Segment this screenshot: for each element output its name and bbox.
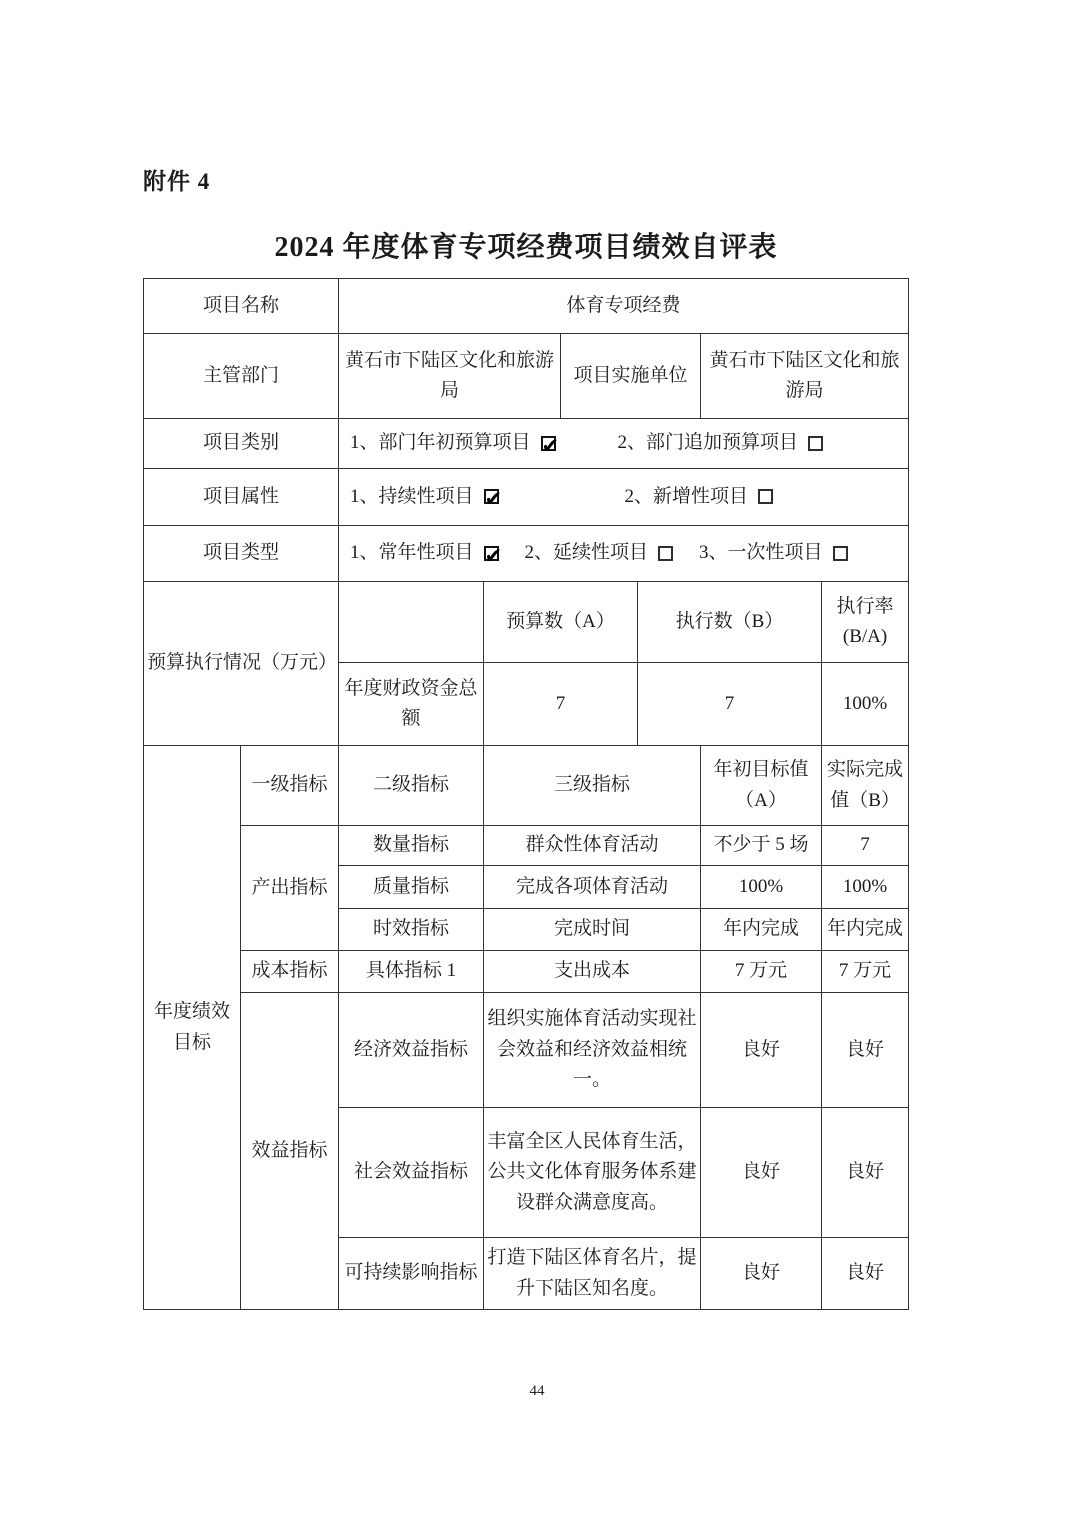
table-row: 主管部门 黄石市下陆区文化和旅游局 项目实施单位 黄石市下陆区文化和旅游局 bbox=[144, 334, 909, 419]
annual-fiscal-funds-label: 年度财政资金总额 bbox=[339, 663, 484, 746]
quality-target-value: 100% bbox=[701, 866, 822, 909]
sustainable-impact-label: 可持续影响指标 bbox=[339, 1238, 484, 1310]
economic-benefit-description: 组织实施体育活动实现社会效益和经济效益相统一。 bbox=[484, 993, 701, 1108]
timeliness-indicator-l3: 完成时间 bbox=[484, 909, 701, 951]
economic-benefit-label: 经济效益指标 bbox=[339, 993, 484, 1108]
level1-indicator-header: 一级指标 bbox=[241, 746, 339, 826]
execution-amount-value: 7 bbox=[638, 663, 822, 746]
timeliness-indicator-label: 时效指标 bbox=[339, 909, 484, 951]
execution-rate-header: 执行率 (B/A) bbox=[822, 582, 909, 663]
cost-indicator-l3: 支出成本 bbox=[484, 951, 701, 993]
sustainable-actual-value: 良好 bbox=[822, 1238, 909, 1310]
social-target-value: 良好 bbox=[701, 1108, 822, 1238]
level3-indicator-header: 三级指标 bbox=[484, 746, 701, 826]
option-label: 1、部门年初预算项目 bbox=[350, 428, 531, 458]
social-benefit-description: 丰富全区人民体育生活，公共文化体育服务体系建设群众满意度高。 bbox=[484, 1108, 701, 1238]
output-indicator-label: 产出指标 bbox=[241, 826, 339, 951]
option-extension-project: 2、延续性项目 bbox=[525, 538, 674, 568]
table-row: 预算执行情况（万元） 预算数（A） 执行数（B） 执行率 (B/A) bbox=[144, 582, 909, 663]
table-row: 项目属性 1、持续性项目 2、新增性项目 bbox=[144, 469, 909, 526]
checkbox-checked-icon bbox=[484, 489, 499, 504]
project-name-value: 体育专项经费 bbox=[339, 279, 909, 334]
table-row: 年度绩效目标 一级指标 二级指标 三级指标 年初目标值（A） 实际完成值（B） bbox=[144, 746, 909, 826]
sustainable-target-value: 良好 bbox=[701, 1238, 822, 1310]
quality-actual-value: 100% bbox=[822, 866, 909, 909]
attachment-label: 附件 4 bbox=[143, 163, 909, 201]
option-label: 3、一次性项目 bbox=[699, 538, 823, 568]
timeliness-actual-value: 年内完成 bbox=[822, 909, 909, 951]
department-value: 黄石市下陆区文化和旅游局 bbox=[339, 334, 561, 419]
document-page: 附件 4 2024 年度体育专项经费项目绩效自评表 项目名称 体育专项经费 主管… bbox=[0, 0, 1074, 1520]
option-initial-budget-project: 1、部门年初预算项目 bbox=[350, 428, 556, 458]
checkbox-unchecked-icon bbox=[808, 436, 823, 451]
project-attribute-options: 1、持续性项目 2、新增性项目 bbox=[339, 469, 909, 526]
self-evaluation-table: 项目名称 体育专项经费 主管部门 黄石市下陆区文化和旅游局 项目实施单位 黄石市… bbox=[143, 278, 909, 1310]
option-label: 2、延续性项目 bbox=[525, 538, 649, 568]
execution-amount-header: 执行数（B） bbox=[638, 582, 822, 663]
implementing-unit-value: 黄石市下陆区文化和旅游局 bbox=[701, 334, 909, 419]
quantity-indicator-label: 数量指标 bbox=[339, 826, 484, 866]
project-type-options: 1、常年性项目 2、延续性项目 3、一次性项目 bbox=[339, 526, 909, 582]
option-additional-budget-project: 2、部门追加预算项目 bbox=[618, 428, 824, 458]
annual-performance-goal-label: 年度绩效目标 bbox=[144, 746, 241, 1310]
project-category-label: 项目类别 bbox=[144, 419, 339, 469]
budget-execution-label: 预算执行情况（万元） bbox=[144, 582, 339, 746]
economic-actual-value: 良好 bbox=[822, 993, 909, 1108]
checkbox-unchecked-icon bbox=[758, 489, 773, 504]
quality-indicator-label: 质量指标 bbox=[339, 866, 484, 909]
project-type-label: 项目类型 bbox=[144, 526, 339, 582]
implementing-unit-label: 项目实施单位 bbox=[561, 334, 701, 419]
option-label: 1、持续性项目 bbox=[350, 482, 474, 512]
budget-empty-cell bbox=[339, 582, 484, 663]
execution-rate-value: 100% bbox=[822, 663, 909, 746]
option-label: 2、新增性项目 bbox=[625, 482, 749, 512]
actual-completion-header: 实际完成值（B） bbox=[822, 746, 909, 826]
option-one-time-project: 3、一次性项目 bbox=[699, 538, 848, 568]
cost-target-value: 7 万元 bbox=[701, 951, 822, 993]
budget-amount-value: 7 bbox=[484, 663, 638, 746]
cost-indicator-label: 成本指标 bbox=[241, 951, 339, 993]
quantity-actual-value: 7 bbox=[822, 826, 909, 866]
option-perennial-project: 1、常年性项目 bbox=[350, 538, 499, 568]
initial-target-header: 年初目标值（A） bbox=[701, 746, 822, 826]
benefit-indicator-label: 效益指标 bbox=[241, 993, 339, 1310]
level2-indicator-header: 二级指标 bbox=[339, 746, 484, 826]
social-benefit-label: 社会效益指标 bbox=[339, 1108, 484, 1238]
quantity-indicator-l3: 群众性体育活动 bbox=[484, 826, 701, 866]
project-attribute-label: 项目属性 bbox=[144, 469, 339, 526]
checkbox-checked-icon bbox=[484, 546, 499, 561]
option-label: 1、常年性项目 bbox=[350, 538, 474, 568]
option-label: 2、部门追加预算项目 bbox=[618, 428, 799, 458]
specific-indicator-label: 具体指标 1 bbox=[339, 951, 484, 993]
page-number: 44 bbox=[0, 1383, 1074, 1400]
project-category-options: 1、部门年初预算项目 2、部门追加预算项目 bbox=[339, 419, 909, 469]
social-actual-value: 良好 bbox=[822, 1108, 909, 1238]
budget-amount-header: 预算数（A） bbox=[484, 582, 638, 663]
page-title: 2024 年度体育专项经费项目绩效自评表 bbox=[143, 225, 909, 265]
sustainable-impact-description: 打造下陆区体育名片，提升下陆区知名度。 bbox=[484, 1238, 701, 1310]
table-row: 成本指标 具体指标 1 支出成本 7 万元 7 万元 bbox=[144, 951, 909, 993]
quantity-target-value: 不少于 5 场 bbox=[701, 826, 822, 866]
checkbox-unchecked-icon bbox=[658, 546, 673, 561]
option-continuing-project: 1、持续性项目 bbox=[350, 482, 499, 512]
table-row: 产出指标 数量指标 群众性体育活动 不少于 5 场 7 bbox=[144, 826, 909, 866]
option-new-project: 2、新增性项目 bbox=[625, 482, 774, 512]
table-row: 项目类别 1、部门年初预算项目 2、部门追加预算项目 bbox=[144, 419, 909, 469]
cost-actual-value: 7 万元 bbox=[822, 951, 909, 993]
table-row: 项目类型 1、常年性项目 2、延续性项目 3、一次性项目 bbox=[144, 526, 909, 582]
table-row: 项目名称 体育专项经费 bbox=[144, 279, 909, 334]
project-name-label: 项目名称 bbox=[144, 279, 339, 334]
table-row: 效益指标 经济效益指标 组织实施体育活动实现社会效益和经济效益相统一。 良好 良… bbox=[144, 993, 909, 1108]
timeliness-target-value: 年内完成 bbox=[701, 909, 822, 951]
department-label: 主管部门 bbox=[144, 334, 339, 419]
economic-target-value: 良好 bbox=[701, 993, 822, 1108]
quality-indicator-l3: 完成各项体育活动 bbox=[484, 866, 701, 909]
checkbox-checked-icon bbox=[541, 436, 556, 451]
document-content: 附件 4 2024 年度体育专项经费项目绩效自评表 项目名称 体育专项经费 主管… bbox=[143, 0, 909, 1310]
checkbox-unchecked-icon bbox=[833, 546, 848, 561]
